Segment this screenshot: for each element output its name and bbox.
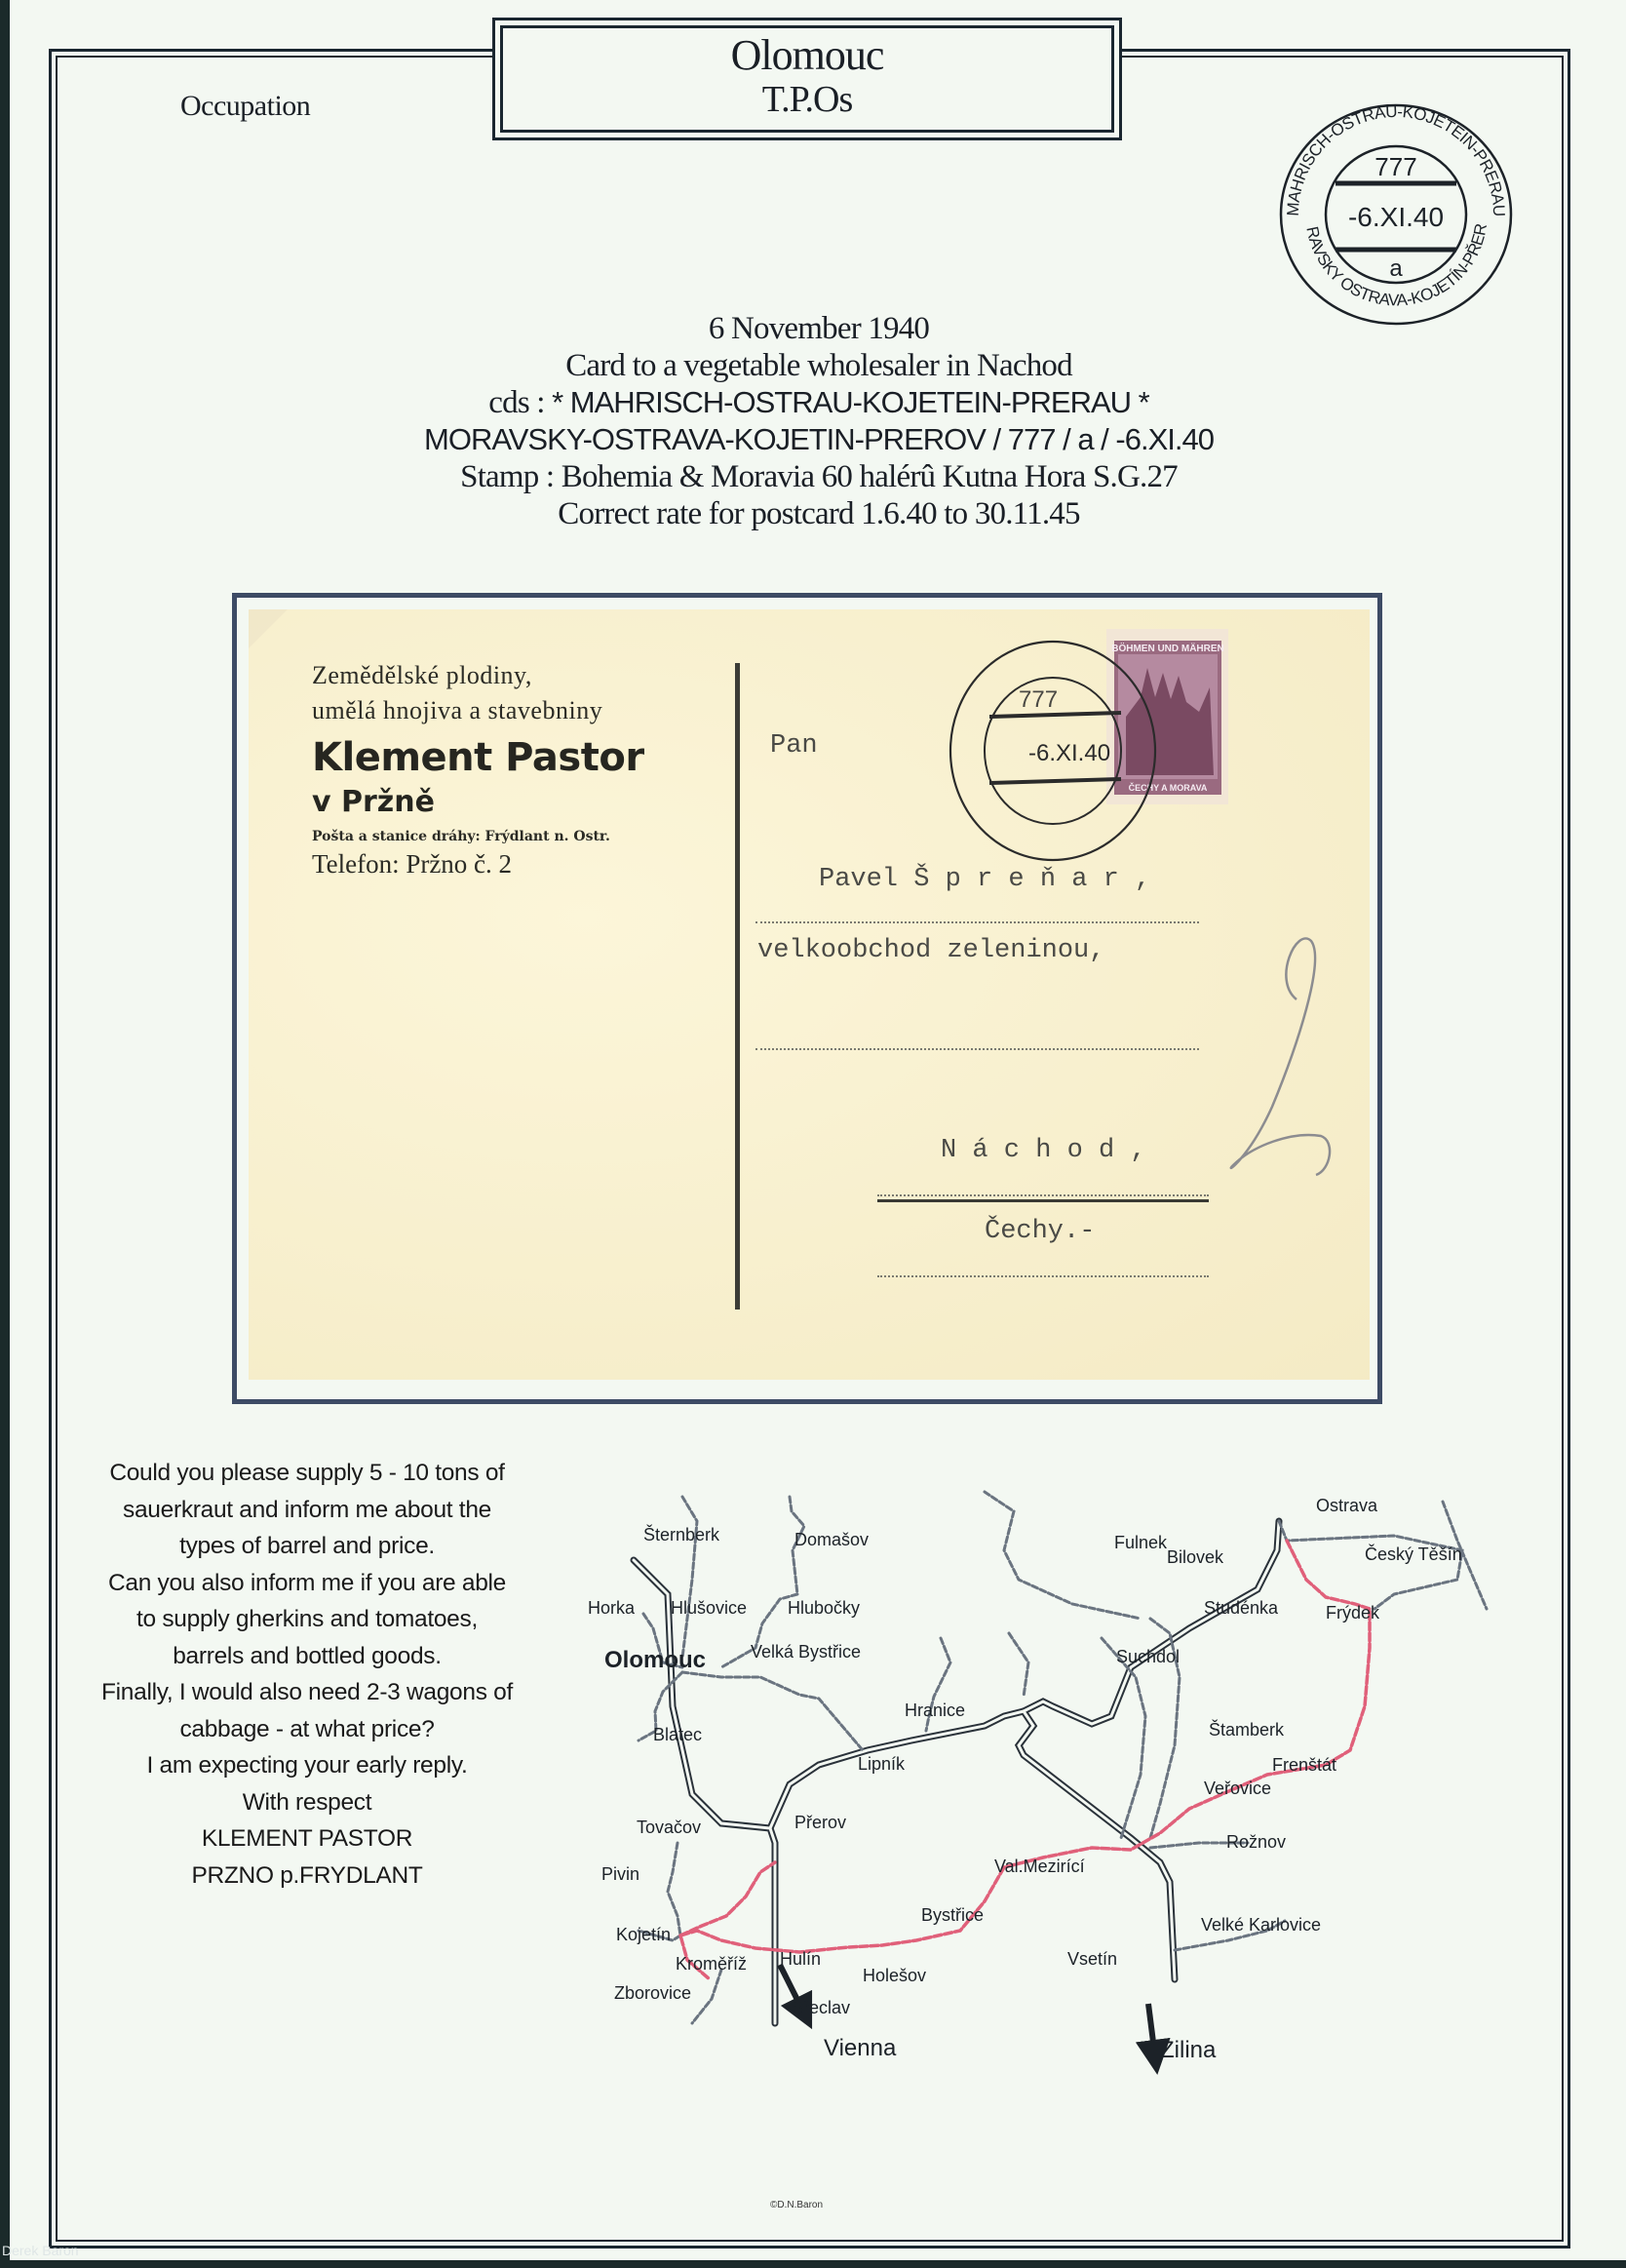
postmark-date: -6.XI.40 — [1348, 202, 1444, 232]
address-line — [755, 1048, 1199, 1050]
place-tovacov: Tovačov — [637, 1818, 701, 1837]
arrow-to-zilina — [1148, 2004, 1155, 2057]
place-sternberk: Šternberk — [643, 1524, 720, 1545]
sender-line1: Zemědělské plodiny, — [312, 658, 644, 693]
letter-line: Finally, I would also need 2-3 wagons of — [58, 1674, 556, 1711]
place-cesky-tesin: Český Těšín — [1365, 1544, 1462, 1564]
letter-line: types of barrel and price. — [58, 1528, 556, 1565]
address-recipient: Pavel Š p r e ň a r , — [819, 865, 1150, 894]
description-date: 6 November 1940 — [185, 310, 1452, 347]
description-rate: Correct rate for postcard 1.6.40 to 30.1… — [185, 495, 1452, 532]
place-domasov: Domašov — [794, 1530, 869, 1549]
sender-block: Zemědělské plodiny, umělá hnojiva a stav… — [312, 658, 644, 880]
card-corner — [249, 609, 288, 648]
sender-post: Pošta a stanice dráhy: Frýdlant n. Ostr. — [312, 826, 644, 847]
place-bilovek: Bilovek — [1167, 1547, 1224, 1567]
postmark-illustration: × MAHRISCH-OSTRAU-KOJETEIN-PRERAU × MORA… — [1267, 98, 1526, 332]
letter-line: I am expecting your early reply. — [58, 1747, 556, 1784]
place-val-mezirici: Val.Mezirící — [994, 1857, 1085, 1876]
address-region: Čechy.- — [985, 1217, 1095, 1246]
page-subtitle: T.P.Os — [495, 79, 1119, 120]
sender-line2: umělá hnojiva a stavebniny — [312, 693, 644, 728]
place-breclav: Břeclav — [792, 1998, 850, 2017]
letter-line: sauerkraut and inform me about the — [58, 1492, 556, 1529]
letter-line: cabbage - at what price? — [58, 1711, 556, 1748]
title-box: Olomouc T.P.Os — [492, 18, 1122, 140]
place-pivin: Pivin — [601, 1864, 639, 1884]
pencil-mark — [1204, 931, 1340, 1194]
place-vsetin: Vsetín — [1067, 1949, 1117, 1969]
place-hulin: Hulín — [780, 1949, 821, 1969]
place-studenka: Studénka — [1204, 1598, 1279, 1618]
place-ostrava: Ostrava — [1316, 1496, 1378, 1515]
address-business: velkoobchod zeleninou, — [757, 936, 1104, 965]
watermark: Derek Baron — [2, 2243, 79, 2258]
place-fulnek: Fulnek — [1114, 1533, 1168, 1552]
place-blatec: Blatec — [653, 1725, 702, 1744]
place-stamberk: Štamberk — [1209, 1719, 1285, 1740]
place-bystrice: Bystřice — [921, 1905, 984, 1925]
address-city: N á c h o d , — [941, 1136, 1146, 1165]
address-line — [877, 1194, 1209, 1196]
album-page: Olomouc T.P.Os Occupation × MAHRISCH-OST… — [10, 0, 1626, 2260]
sender-name: Klement Pastor — [312, 732, 644, 783]
place-vienna: Vienna — [824, 2035, 897, 2061]
place-zborovice: Zborovice — [614, 1983, 691, 2003]
letter-line: Could you please supply 5 - 10 tons of — [58, 1455, 556, 1492]
railway-map: Šternberk Domašov Horka Hlušovice Hluboč… — [585, 1472, 1530, 2077]
postmark-number: 777 — [1374, 152, 1416, 181]
place-horka: Horka — [588, 1598, 636, 1618]
place-zilina: Zilina — [1160, 2037, 1217, 2063]
postmark-letter: a — [1389, 255, 1403, 282]
cancel-date: -6.XI.40 — [1028, 740, 1110, 766]
sender-town: v Pržně — [312, 783, 644, 822]
place-hlubocky: Hlubočky — [788, 1598, 860, 1618]
page-title: Olomouc — [495, 32, 1119, 79]
place-olomouc: Olomouc — [604, 1647, 706, 1673]
card-divider — [735, 663, 740, 1310]
postage-stamp: BÖHMEN UND MÄHREN ČECHY A MORAVA — [1106, 629, 1228, 804]
description-subject: Card to a vegetable wholesaler in Nachod — [185, 347, 1452, 384]
place-lipnik: Lipník — [858, 1754, 906, 1774]
letter-line: Can you also inform me if you are able — [58, 1565, 556, 1602]
description-cds-line1: cds : * MAHRISCH-OSTRAU-KOJETEIN-PRERAU … — [185, 384, 1452, 421]
place-velka-bystrice: Velká Bystřice — [751, 1642, 861, 1662]
place-holesov: Holešov — [863, 1966, 926, 1985]
description-cds-line2: MORAVSKY-OSTRAVA-KOJETIN-PREROV / 777 / … — [185, 421, 1452, 458]
letter-line: PRZNO p.FRYDLANT — [58, 1857, 556, 1895]
place-hlusovice: Hlušovice — [671, 1598, 747, 1618]
sender-phone: Telefon: Pržno č. 2 — [312, 847, 644, 880]
place-kojetin: Kojetín — [616, 1925, 671, 1944]
letter-line: With respect — [58, 1784, 556, 1821]
place-velke-karlovice: Velké Karlovice — [1201, 1915, 1321, 1935]
letter-translation: Could you please supply 5 - 10 tons of s… — [58, 1455, 556, 1894]
address-line — [755, 921, 1199, 923]
stamp-top-text: BÖHMEN UND MÄHREN — [1111, 642, 1224, 654]
place-kromeriz: Kroměříž — [676, 1954, 747, 1974]
place-frydek: Frýdek — [1326, 1603, 1380, 1623]
place-suchdol: Suchdol — [1116, 1647, 1180, 1666]
letter-line: barrels and bottled goods. — [58, 1638, 556, 1675]
place-prerov: Přerov — [794, 1813, 846, 1832]
place-verovice: Veřovice — [1204, 1779, 1271, 1798]
description-block: 6 November 1940 Card to a vegetable whol… — [185, 310, 1452, 532]
place-frenstat: Frenštát — [1272, 1755, 1336, 1775]
place-hranice: Hranice — [905, 1701, 965, 1720]
address-salutation: Pan — [770, 731, 818, 761]
branch-lines — [639, 1492, 1487, 2023]
address-line — [877, 1275, 1209, 1277]
copyright: ©D.N.Baron — [770, 2200, 823, 2210]
postcard: Zemědělské plodiny, umělá hnojiva a stav… — [249, 609, 1370, 1380]
cancel-number: 777 — [1019, 686, 1058, 713]
description-stamp: Stamp : Bohemia & Moravia 60 halérû Kutn… — [185, 458, 1452, 495]
stamp-bottom-text: ČECHY A MORAVA — [1129, 782, 1208, 793]
city-underline — [877, 1199, 1209, 1202]
letter-line: KLEMENT PASTOR — [58, 1820, 556, 1857]
letter-line: to supply gherkins and tomatoes, — [58, 1601, 556, 1638]
section-label: Occupation — [180, 90, 310, 123]
postcard-mount: Zemědělské plodiny, umělá hnojiva a stav… — [232, 593, 1382, 1404]
place-roznov: Rožnov — [1226, 1832, 1286, 1852]
